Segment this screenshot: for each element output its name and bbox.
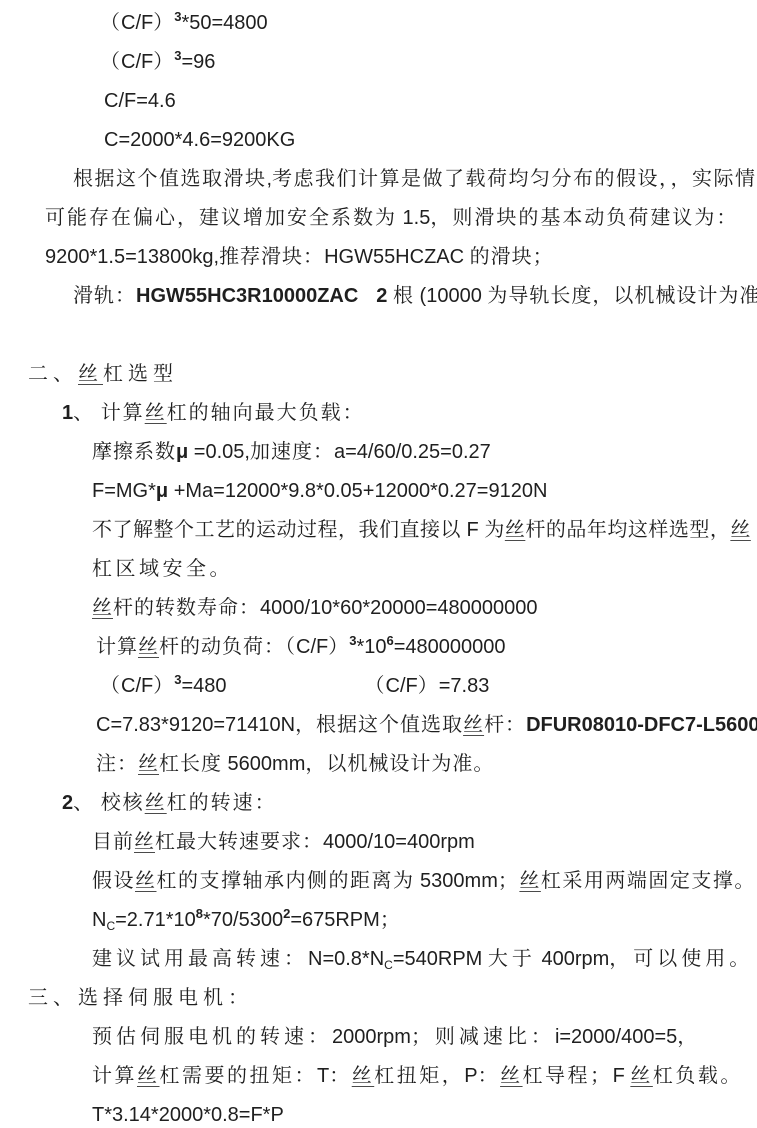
text-run: 杠扭矩，P： <box>374 1065 500 1087</box>
text-run: 丝 <box>730 519 751 541</box>
bearing-distance-line: 假设丝杠的支撑轴承内侧的距离为 5300mm；丝杠采用两端固定支撑。 <box>0 862 757 901</box>
text-run: 杠的转速： <box>167 792 277 814</box>
text-run: 、 计算 <box>73 402 145 424</box>
text-run: C <box>384 958 393 972</box>
text-run: C/F=4.6 <box>104 90 176 112</box>
torque-formula: T*3.14*2000*0.8=F*P <box>0 1096 757 1128</box>
text-run: 丝 <box>500 1065 523 1087</box>
text-run: 、 校核 <box>73 792 145 814</box>
text-run: C <box>106 919 115 933</box>
text-run: DFUR08010-DFC7-L5600-P0 <box>526 714 757 736</box>
dynamic-load-formula: 计算丝杆的动负荷：（C/F）3*106=480000000 <box>0 628 757 667</box>
text-run: 丝 <box>138 636 159 658</box>
text-run: HGW55HC3R10000ZAC <box>136 285 358 307</box>
text-run: 根 (10000 为导轨长度，以机械设计为准) <box>387 285 757 307</box>
critical-speed-formula: NC=2.71*108*70/53002=675RPM； <box>0 901 757 940</box>
text-run: （C/F）=7.83 <box>365 675 490 697</box>
spacer <box>227 691 365 692</box>
text-run: 丝 <box>630 1065 653 1087</box>
text-run: 丝 <box>134 831 155 853</box>
recommended-speed-line: 建议试用最高转速：N=0.8*NC=540RPM 大于 400rpm，可以使用。 <box>0 940 757 979</box>
screw-length-note: 注：丝杠长度 5600mm，以机械设计为准。 <box>0 745 757 784</box>
formula-cf-cubed-50: （C/F）3*50=4800 <box>0 4 757 43</box>
text-run: （C/F） <box>100 12 174 34</box>
process-note-l1: 不了解整个工艺的运动过程，我们直接以 F 为丝杆的品年均这样选型，丝 <box>0 511 757 550</box>
text-run: 丝 <box>78 363 103 385</box>
text-run: 杠需要的扭矩：T： <box>160 1065 352 1087</box>
screw-selection-line: C=7.83*9120=71410N，根据这个值选取丝杆：DFUR08010-D… <box>0 706 757 745</box>
text-run: 3 <box>174 672 181 687</box>
text-run: 建议试用最高转速：N=0.8*N <box>92 948 384 970</box>
para-slider-selection-l1: 根据这个值选取滑块,考虑我们计算是做了载荷均匀分布的假设，，实际情况 <box>0 160 757 199</box>
text-run: 滑轨： <box>73 285 136 307</box>
text-run: T*3.14*2000*0.8=F*P <box>92 1104 284 1126</box>
text-run: 3 <box>174 9 181 24</box>
text-run: 杆的转数寿命：4000/10*60*20000=480000000 <box>113 597 538 619</box>
text-run: 杆的动负荷：（C/F） <box>159 636 349 658</box>
torque-definition-line: 计算丝杠需要的扭矩：T：丝杠扭矩，P：丝杠导程；F 丝杠负载。 <box>0 1057 757 1096</box>
item-1-axial-load: 1、 计算丝杠的轴向最大负载： <box>0 394 757 433</box>
text-run: 2 <box>376 285 387 307</box>
text-run: μ <box>176 441 188 463</box>
text-run: 杠导程；F <box>523 1065 631 1087</box>
text-run: +Ma=12000*9.8*0.05+12000*0.27=9120N <box>168 480 547 502</box>
text-run: 二、 <box>28 363 78 385</box>
text-run: 2 <box>62 792 73 814</box>
text-run: 2 <box>283 906 290 921</box>
text-run: 丝 <box>92 597 113 619</box>
formula-cf-cubed-96: （C/F）3=96 <box>0 43 757 82</box>
text-run: =540RPM 大于 400rpm，可以使用。 <box>393 948 753 970</box>
text-run: C=2000*4.6=9200KG <box>104 129 295 151</box>
formula-c-value: C=2000*4.6=9200KG <box>0 121 757 160</box>
text-run: *10 <box>356 636 386 658</box>
axial-force-formula: F=MG*μ +Ma=12000*9.8*0.05+12000*0.27=912… <box>0 472 757 511</box>
cf-480-and-783: （C/F）3=480（C/F）=7.83 <box>0 667 757 706</box>
text-run: 计算 <box>96 636 138 658</box>
text-run: 杠长度 5600mm，以机械设计为准。 <box>159 753 494 775</box>
text-run: 9200*1.5=13800kg,推荐滑块：HGW55HCZAC 的滑块； <box>45 246 554 268</box>
text-run: 目前 <box>92 831 134 853</box>
text-run: *70/5300 <box>203 909 283 931</box>
text-run: 杠的支撑轴承内侧的距离为 5300mm； <box>157 870 520 892</box>
text-run: 丝 <box>135 870 157 892</box>
document-page: （C/F）3*50=4800（C/F）3=96C/F=4.6C=2000*4.6… <box>0 0 757 1128</box>
text-run: 1 <box>62 402 73 424</box>
text-run: 杠的轴向最大负载： <box>167 402 365 424</box>
text-run: 3 <box>349 633 356 648</box>
text-run: 丝 <box>463 714 484 736</box>
text-run: 可能存在偏心，建议增加安全系数为 1.5，则滑块的基本动负荷建议为： <box>45 207 738 229</box>
document-body: （C/F）3*50=4800（C/F）3=96C/F=4.6C=2000*4.6… <box>0 4 757 1128</box>
text-run: 丝 <box>145 792 167 814</box>
text-run: 丝 <box>145 402 167 424</box>
blank-line <box>0 316 757 355</box>
text-run: =96 <box>181 51 215 73</box>
text-run: 丝 <box>505 519 526 541</box>
text-run: 6 <box>386 633 393 648</box>
text-run: C=7.83*9120=71410N，根据这个值选取 <box>96 714 463 736</box>
text-run: 计算 <box>92 1065 137 1087</box>
text-run: 丝 <box>138 753 159 775</box>
process-note-l2: 杠区域安全。 <box>0 550 757 589</box>
para-slider-selection-l3: 9200*1.5=13800kg,推荐滑块：HGW55HCZAC 的滑块； <box>0 238 757 277</box>
text-run: *50=4800 <box>181 12 267 34</box>
text-run: 杠采用两端固定支撑。 <box>541 870 756 892</box>
formula-cf-value: C/F=4.6 <box>0 82 757 121</box>
text-run: F=MG* <box>92 480 156 502</box>
text-run: 假设 <box>92 870 135 892</box>
text-run: （C/F） <box>100 51 174 73</box>
text-run: =480000000 <box>394 636 506 658</box>
text-run: （C/F） <box>100 675 174 697</box>
max-speed-requirement: 目前丝杠最大转速要求：4000/10=400rpm <box>0 823 757 862</box>
text-run: 不了解整个工艺的运动过程，我们直接以 F 为 <box>92 519 505 541</box>
section-3-heading: 三、选择伺服电机： <box>0 979 757 1018</box>
rev-life-formula: 丝杆的转数寿命：4000/10*60*20000=480000000 <box>0 589 757 628</box>
text-run: 三、选择伺服电机： <box>28 987 253 1009</box>
text-run: 杠区域安全。 <box>92 558 233 580</box>
text-run: 杆的品年均这样选型， <box>525 519 730 541</box>
text-run: 预估伺服电机的转速：2000rpm；则减速比：i=2000/400=5， <box>92 1026 701 1048</box>
section-2-heading: 二、丝杠选型 <box>0 355 757 394</box>
item-2-check-speed: 2、 校核丝杠的转速： <box>0 784 757 823</box>
text-run: 杠选型 <box>103 363 178 385</box>
text-run: 8 <box>196 906 203 921</box>
text-run: 杠最大转速要求：4000/10=400rpm <box>155 831 475 853</box>
text-run: N <box>92 909 106 931</box>
text-run: =0.05,加速度：a=4/60/0.25=0.27 <box>188 441 491 463</box>
spacer <box>358 301 376 302</box>
text-run: =675RPM； <box>290 909 401 931</box>
text-run: 杆： <box>484 714 526 736</box>
friction-acceleration-line: 摩擦系数μ =0.05,加速度：a=4/60/0.25=0.27 <box>0 433 757 472</box>
text-run: 丝 <box>519 870 541 892</box>
text-run: 摩擦系数 <box>92 441 176 463</box>
text-run: μ <box>156 480 168 502</box>
text-run: =2.71*10 <box>115 909 196 931</box>
text-run: =480 <box>181 675 226 697</box>
text-run: 丝 <box>137 1065 160 1087</box>
text-run: 根据这个值选取滑块,考虑我们计算是做了载荷均匀分布的假设，，实际情况 <box>73 168 757 190</box>
text-run: 3 <box>174 48 181 63</box>
rail-spec-line: 滑轨：HGW55HC3R10000ZAC2 根 (10000 为导轨长度，以机械… <box>0 277 757 316</box>
motor-speed-ratio-line: 预估伺服电机的转速：2000rpm；则减速比：i=2000/400=5， <box>0 1018 757 1057</box>
text-run: 注： <box>96 753 138 775</box>
para-slider-selection-l2: 可能存在偏心，建议增加安全系数为 1.5，则滑块的基本动负荷建议为： <box>0 199 757 238</box>
text-run: 杠负载。 <box>653 1065 743 1087</box>
text-run: 丝 <box>352 1065 375 1087</box>
